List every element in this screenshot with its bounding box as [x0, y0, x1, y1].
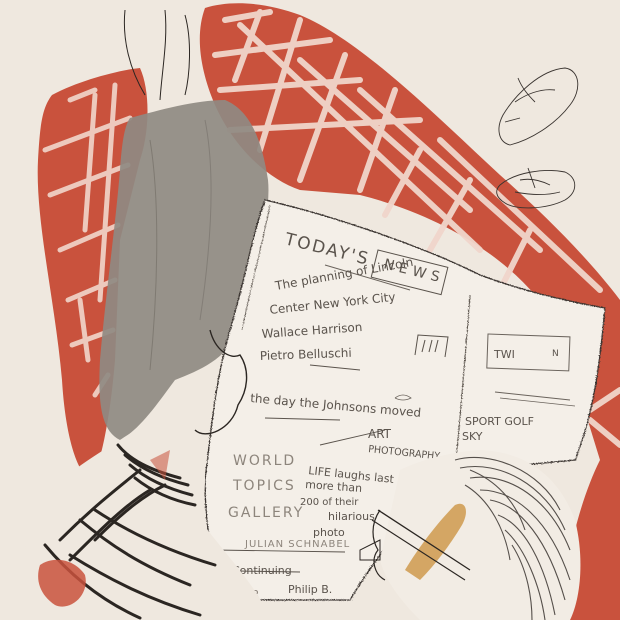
svg-text:WORLD: WORLD	[233, 453, 296, 469]
svg-text:GALLERY: GALLERY	[228, 505, 304, 521]
svg-text:SKY: SKY	[462, 430, 483, 443]
svg-text:hilarious: hilarious	[328, 510, 375, 523]
svg-text:photo: photo	[313, 526, 345, 539]
svg-text:N: N	[552, 349, 559, 359]
svg-text:SPORT GOLF: SPORT GOLF	[465, 415, 534, 428]
svg-text:TWI: TWI	[493, 348, 515, 361]
svg-text:200 of their: 200 of their	[300, 497, 359, 508]
svg-text:TOPICS: TOPICS	[232, 478, 296, 494]
etching-illustration: TODAY'S NEWS The planning of Lincoln Cen…	[0, 0, 620, 620]
svg-text:JULIAN SCHNABEL: JULIAN SCHNABEL	[244, 539, 350, 550]
artwork-canvas: TODAY'S NEWS The planning of Lincoln Cen…	[0, 0, 620, 620]
svg-text:ART: ART	[368, 427, 392, 441]
section-labels: WORLD TOPICS GALLERY	[228, 453, 304, 521]
svg-text:Philip B.: Philip B.	[288, 583, 332, 596]
